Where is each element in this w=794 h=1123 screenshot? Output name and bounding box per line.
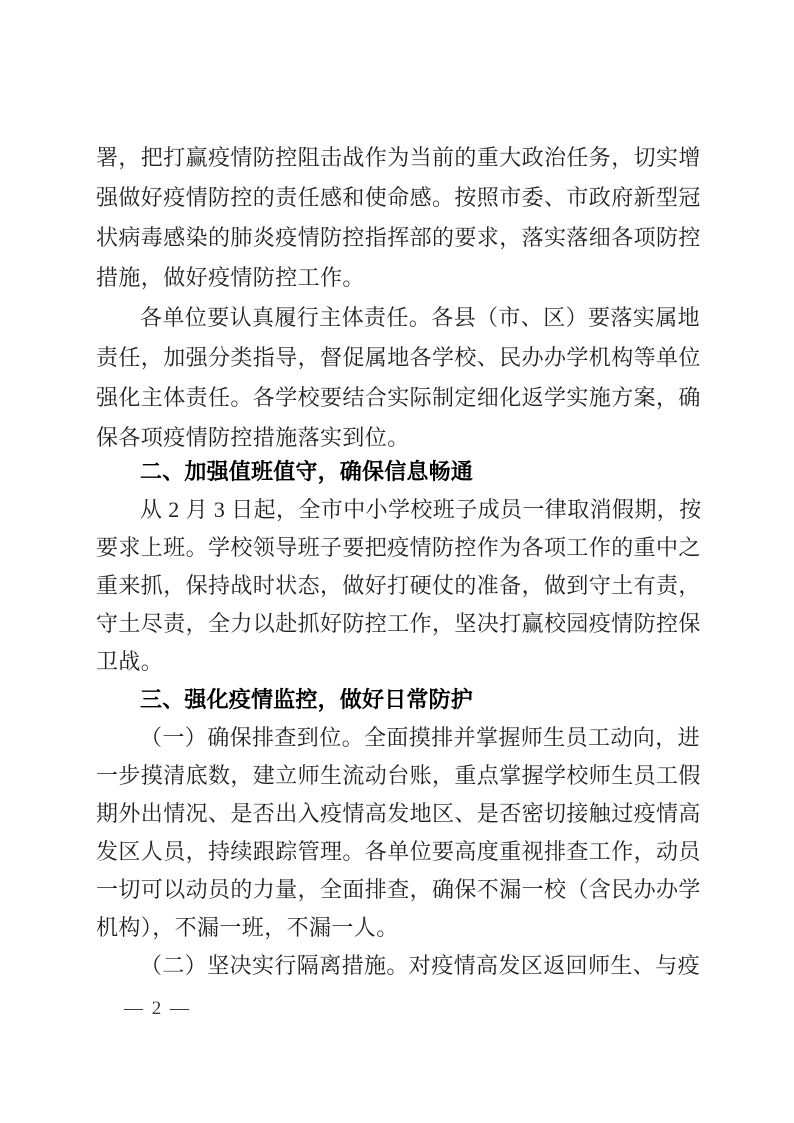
text-line: 保各项疫情防控措施落实到位。 <box>96 418 708 458</box>
text-line: 卫战。 <box>96 643 708 681</box>
text-line: 署，把打赢疫情防控阻击战作为当前的重大政治任务，切实增 <box>96 138 708 178</box>
text-line: 发区人员，持续跟踪管理。各单位要高度重视排查工作，动员 <box>96 833 708 871</box>
body-text-block-lower: 二、加强值班值守，确保信息畅通从 2 月 3 日起，全市中小学校班子成员一律取消… <box>96 453 708 985</box>
text-line: 一切可以动员的力量，全面排查，确保不漏一校（含民办办学 <box>96 871 708 909</box>
text-line: （一）确保排查到位。全面摸排并掌握师生员工动向，进 <box>96 719 708 757</box>
text-line: 责任，加强分类指导，督促属地各学校、民办办学机构等单位 <box>96 338 708 378</box>
document-page: 署，把打赢疫情防控阻击战作为当前的重大政治任务，切实增强做好疫情防控的责任感和使… <box>0 0 794 1123</box>
text-line: 各单位要认真履行主体责任。各县（市、区）要落实属地 <box>96 298 708 338</box>
body-text-block-upper: 署，把打赢疫情防控阻击战作为当前的重大政治任务，切实增强做好疫情防控的责任感和使… <box>96 138 708 458</box>
section-heading-line: 二、加强值班值守，确保信息畅通 <box>96 453 708 491</box>
text-line: 要求上班。学校领导班子要把疫情防控作为各项工作的重中之 <box>96 529 708 567</box>
text-line: 从 2 月 3 日起，全市中小学校班子成员一律取消假期，按 <box>96 491 708 529</box>
text-line: 措施，做好疫情防控工作。 <box>96 258 708 298</box>
text-line: 一步摸清底数，建立师生流动台账，重点掌握学校师生员工假 <box>96 757 708 795</box>
text-line: 重来抓，保持战时状态，做好打硬仗的准备，做到守土有责， <box>96 567 708 605</box>
text-line: 强化主体责任。各学校要结合实际制定细化返学实施方案，确 <box>96 378 708 418</box>
text-line: 状病毒感染的肺炎疫情防控指挥部的要求，落实落细各项防控 <box>96 218 708 258</box>
text-line: 守土尽责，全力以赴抓好防控工作，坚决打赢校园疫情防控保 <box>96 605 708 643</box>
page-number: — 2 — <box>124 998 191 1020</box>
text-line: 期外出情况、是否出入疫情高发地区、是否密切接触过疫情高 <box>96 795 708 833</box>
text-line: 强做好疫情防控的责任感和使命感。按照市委、市政府新型冠 <box>96 178 708 218</box>
text-line: 机构），不漏一班，不漏一人。 <box>96 909 708 947</box>
text-line: （二）坚决实行隔离措施。对疫情高发区返回师生、与疫 <box>96 947 708 985</box>
section-heading-line: 三、强化疫情监控，做好日常防护 <box>96 681 708 719</box>
